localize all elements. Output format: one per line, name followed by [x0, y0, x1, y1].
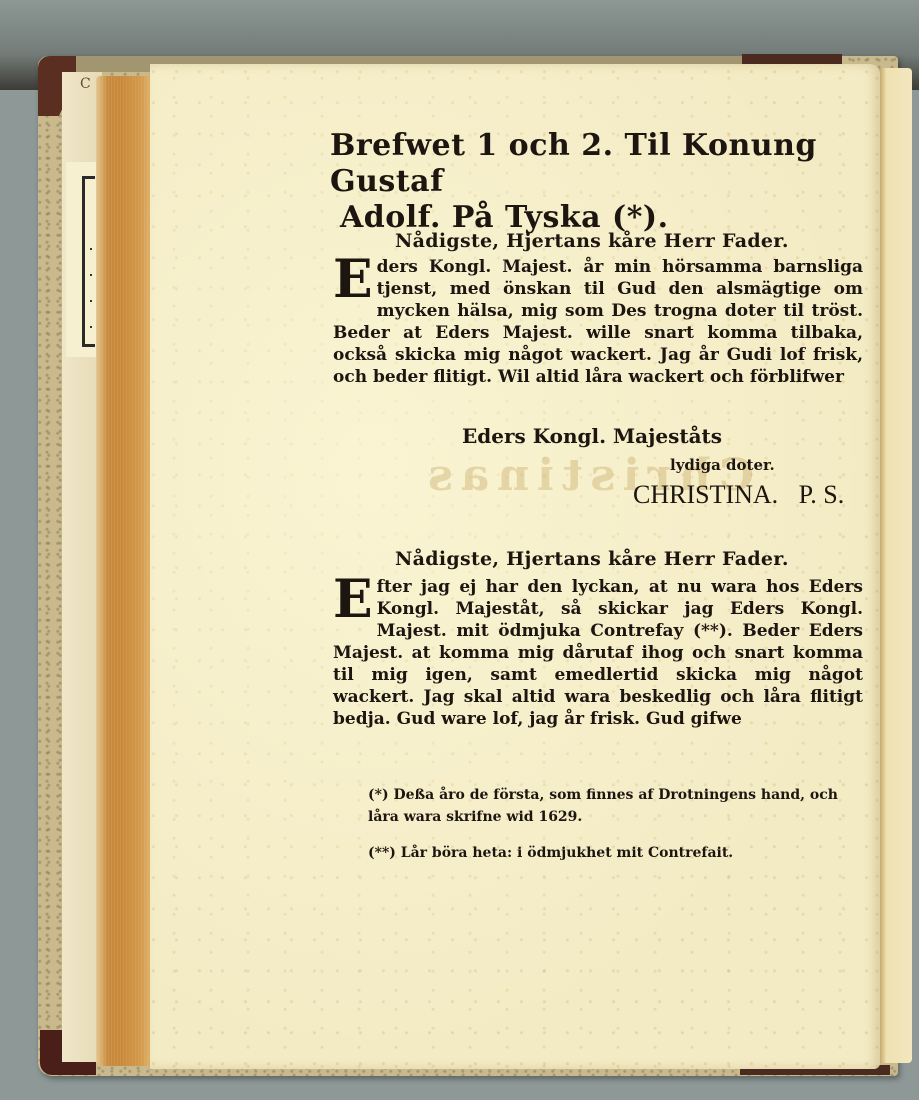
title-line-1: Brefwet 1 och 2. Til Konung Gustaf — [330, 128, 817, 199]
bracket-mark — [82, 176, 95, 347]
letter1-salutation: Nådigste, Hjertans kåre Herr Fader. — [395, 230, 789, 252]
bracket-dot — [90, 274, 92, 276]
letter2-dropcap: E — [333, 578, 373, 622]
bracket-dot — [90, 248, 92, 250]
letter2-salutation: Nådigste, Hjertans kåre Herr Fader. — [395, 548, 789, 570]
letter2-text: fter jag ej har den lyckan, at nu wara h… — [333, 577, 863, 729]
letter1-closing-2: lydiga doter. — [670, 456, 775, 474]
footnote-2: (**) Lår böra heta: i ödmjukhet mit Cont… — [368, 842, 868, 864]
letter1-signature: CHRISTINA. P. S. — [633, 480, 844, 510]
handwritten-corner-mark: C — [80, 76, 91, 92]
next-page-edge — [878, 68, 912, 1063]
letter2-body: Efter jag ej har den lyckan, at nu wara … — [333, 576, 863, 730]
letter1-closing: Eders Kongl. Majeståts — [462, 424, 722, 448]
bracket-dot — [90, 326, 92, 328]
bracket-dot — [90, 300, 92, 302]
letter1-body: Eders Kongl. Majest. år min hörsamma bar… — [333, 256, 863, 388]
footnote-1: (*) Deßa åro de första, som finnes af Dr… — [368, 784, 868, 828]
signature-name: CHRISTINA. — [633, 480, 778, 509]
letter1-text: ders Kongl. Majest. år min hörsamma barn… — [333, 257, 863, 387]
letter1-dropcap: E — [333, 258, 373, 302]
page-title: Brefwet 1 och 2. Til Konung Gustaf Adolf… — [330, 128, 870, 236]
signature-ps: P. S. — [799, 480, 845, 509]
